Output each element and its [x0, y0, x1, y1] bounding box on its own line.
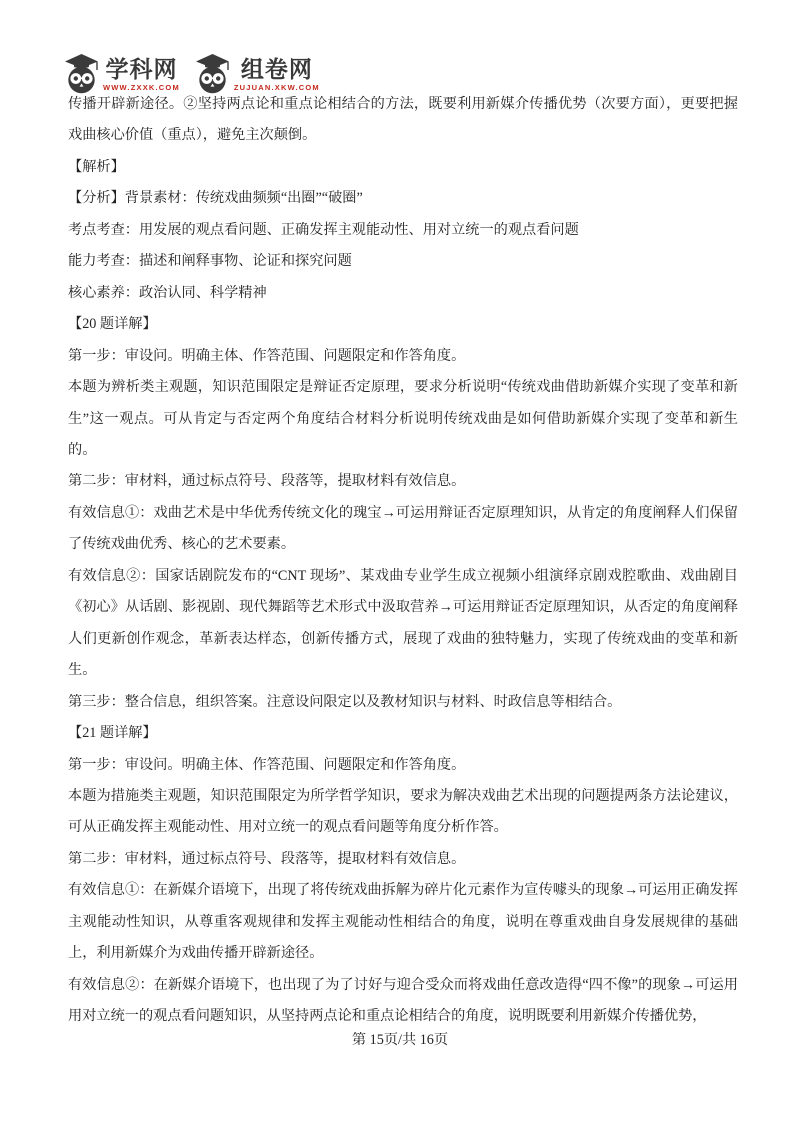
- paragraph: 有效信息①：在新媒介语境下，出现了将传统戏曲拆解为碎片化元素作为宣传噱头的现象→…: [68, 875, 738, 969]
- logo-row: 学科网 www.zxxk.com: [63, 53, 320, 94]
- paragraph: 本题为辨析类主观题，知识范围限定是辩证否定原理，要求分析说明“传统戏曲借助新媒介…: [68, 372, 738, 466]
- paragraph: 【20 题详解】: [68, 309, 738, 340]
- owl-mascot-icon: [63, 53, 100, 94]
- logo-text-block: 学科网 www.zxxk.com: [103, 58, 180, 92]
- paragraph: 传播开辟新途径。②坚持两点论和重点论相结合的方法，既要利用新媒介传播优势（次要方…: [68, 89, 738, 152]
- logo-name-zujuanwang: 组卷网: [241, 58, 313, 81]
- paragraph: 【21 题详解】: [68, 718, 738, 749]
- owl-mascot-icon: [194, 53, 231, 94]
- logo-name-xuekewang: 学科网: [105, 58, 177, 81]
- paragraph: 【解析】: [68, 152, 738, 183]
- paragraph: 核心素养：政治认同、科学精神: [68, 278, 738, 309]
- paragraph: 第一步：审设问。明确主体、作答范围、问题限定和作答角度。: [68, 341, 738, 372]
- paragraph: 第三步：整合信息，组织答案。注意设问限定以及教材知识与材料、时政信息等相结合。: [68, 687, 738, 718]
- zujuanwang-logo: 组卷网 zujuan.xkw.com: [194, 53, 320, 94]
- paragraph: 能力考查：描述和阐释事物、论证和探究问题: [68, 246, 738, 277]
- document-body: 传播开辟新途径。②坚持两点论和重点论相结合的方法，既要利用新媒介传播优势（次要方…: [68, 89, 738, 1033]
- paragraph: 第二步：审材料，通过标点符号、段落等，提取材料有效信息。: [68, 844, 738, 875]
- logo-text-block: 组卷网 zujuan.xkw.com: [234, 58, 320, 92]
- page-number-footer: 第 15页/共 16页: [0, 1031, 800, 1049]
- paragraph: 本题为措施类主观题，知识范围限定为所学哲学知识，要求为解决戏曲艺术出现的问题提两…: [68, 781, 738, 844]
- paragraph: 第一步：审设问。明确主体、作答范围、问题限定和作答角度。: [68, 750, 738, 781]
- document-page: 学科网 www.zxxk.com: [0, 0, 800, 1131]
- paragraph: 考点考查：用发展的观点看问题、正确发挥主观能动性、用对立统一的观点看问题: [68, 215, 738, 246]
- paragraph: 有效信息②：在新媒介语境下，也出现了为了讨好与迎合受众而将戏曲任意改造得“四不像…: [68, 970, 738, 1033]
- paragraph: 【分析】背景素材：传统戏曲频频“出圈”“破圈”: [68, 183, 738, 214]
- paragraph: 有效信息①：戏曲艺术是中华优秀传统文化的瑰宝→可运用辩证否定原理知识，从肯定的角…: [68, 498, 738, 561]
- paragraph: 有效信息②：国家话剧院发布的“CNT 现场”、某戏曲专业学生成立视频小组演绎京剧…: [68, 561, 738, 687]
- xuekewang-logo: 学科网 www.zxxk.com: [63, 53, 180, 94]
- paragraph: 第二步：审材料，通过标点符号、段落等，提取材料有效信息。: [68, 466, 738, 497]
